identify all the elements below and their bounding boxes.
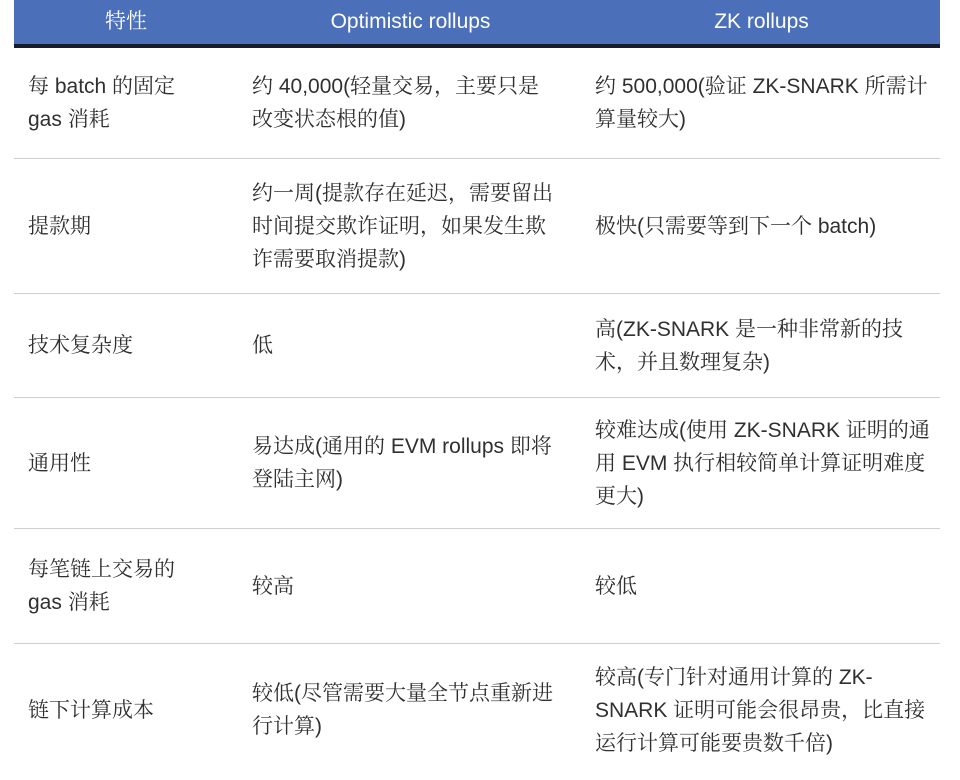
cell-text: 链下计算成本 <box>28 694 154 727</box>
cell-text: 较低 <box>595 570 637 603</box>
cell-text: 通用性 <box>28 447 91 480</box>
cell-text: 较难达成(使用 ZK-SNARK 证明的通用 EVM 执行相较简单计算证明难度更… <box>595 414 930 513</box>
cell-zk: 约 500,000(验证 ZK-SNARK 所需计算量较大) <box>583 48 940 158</box>
cell-optimistic: 易达成(通用的 EVM rollups 即将登陆主网) <box>238 398 583 528</box>
header-label: Optimistic rollups <box>331 9 491 34</box>
header-cell-optimistic-rollups: Optimistic rollups <box>238 0 583 44</box>
header-cell-zk-rollups: ZK rollups <box>583 0 940 44</box>
table-row-per-tx-gas: 每笔链上交易的 gas 消耗 较高 较低 <box>14 529 940 644</box>
cell-text: 提款期 <box>28 210 91 243</box>
cell-text: 约 40,000(轻量交易，主要只是改变状态根的值) <box>252 70 555 136</box>
cell-feature: 每 batch 的固定 gas 消耗 <box>14 48 238 158</box>
cell-text: 较高(专门针对通用计算的 ZK-SNARK 证明可能会很昂贵，比直接运行计算可能… <box>595 661 930 760</box>
cell-text: 高(ZK-SNARK 是一种非常新的技术，并且数理复杂) <box>595 313 930 379</box>
header-label: ZK rollups <box>714 9 809 34</box>
cell-text: 低 <box>252 329 273 362</box>
cell-feature: 技术复杂度 <box>14 294 238 397</box>
cell-text: 易达成(通用的 EVM rollups 即将登陆主网) <box>252 430 555 496</box>
rollups-comparison-table: 特性 Optimistic rollups ZK rollups 每 batch… <box>0 0 960 780</box>
cell-feature: 通用性 <box>14 398 238 528</box>
table-row-tech-complexity: 技术复杂度 低 高(ZK-SNARK 是一种非常新的技术，并且数理复杂) <box>14 294 940 398</box>
cell-feature: 每笔链上交易的 gas 消耗 <box>14 529 238 643</box>
cell-zk: 较高(专门针对通用计算的 ZK-SNARK 证明可能会很昂贵，比直接运行计算可能… <box>583 644 940 776</box>
cell-text: 极快(只需要等到下一个 batch) <box>595 210 876 243</box>
table-header-row: 特性 Optimistic rollups ZK rollups <box>14 0 940 48</box>
cell-text: 约一周(提款存在延迟，需要留出时间提交欺诈证明，如果发生欺诈需要取消提款) <box>252 177 555 276</box>
cell-text: 较高 <box>252 570 294 603</box>
cell-zk: 较低 <box>583 529 940 643</box>
cell-zk: 高(ZK-SNARK 是一种非常新的技术，并且数理复杂) <box>583 294 940 397</box>
header-label: 特性 <box>105 9 147 34</box>
cell-optimistic: 约一周(提款存在延迟，需要留出时间提交欺诈证明，如果发生欺诈需要取消提款) <box>238 159 583 293</box>
cell-optimistic: 较高 <box>238 529 583 643</box>
cell-zk: 极快(只需要等到下一个 batch) <box>583 159 940 293</box>
cell-optimistic: 低 <box>238 294 583 397</box>
cell-text: 较低(尽管需要大量全节点重新进行计算) <box>252 677 555 743</box>
cell-text: 每笔链上交易的 gas 消耗 <box>28 553 198 619</box>
cell-zk: 较难达成(使用 ZK-SNARK 证明的通用 EVM 执行相较简单计算证明难度更… <box>583 398 940 528</box>
header-cell-feature: 特性 <box>14 0 238 44</box>
cell-feature: 提款期 <box>14 159 238 293</box>
cell-text: 技术复杂度 <box>28 329 133 362</box>
cell-text: 每 batch 的固定 gas 消耗 <box>28 70 198 136</box>
table-row-offchain-compute-cost: 链下计算成本 较低(尽管需要大量全节点重新进行计算) 较高(专门针对通用计算的 … <box>14 644 940 776</box>
cell-optimistic: 较低(尽管需要大量全节点重新进行计算) <box>238 644 583 776</box>
table-row-fixed-gas: 每 batch 的固定 gas 消耗 约 40,000(轻量交易，主要只是改变状… <box>14 48 940 159</box>
table-row-generality: 通用性 易达成(通用的 EVM rollups 即将登陆主网) 较难达成(使用 … <box>14 398 940 529</box>
cell-optimistic: 约 40,000(轻量交易，主要只是改变状态根的值) <box>238 48 583 158</box>
cell-text: 约 500,000(验证 ZK-SNARK 所需计算量较大) <box>595 70 930 136</box>
table-row-withdrawal-period: 提款期 约一周(提款存在延迟，需要留出时间提交欺诈证明，如果发生欺诈需要取消提款… <box>14 159 940 294</box>
cell-feature: 链下计算成本 <box>14 644 238 776</box>
